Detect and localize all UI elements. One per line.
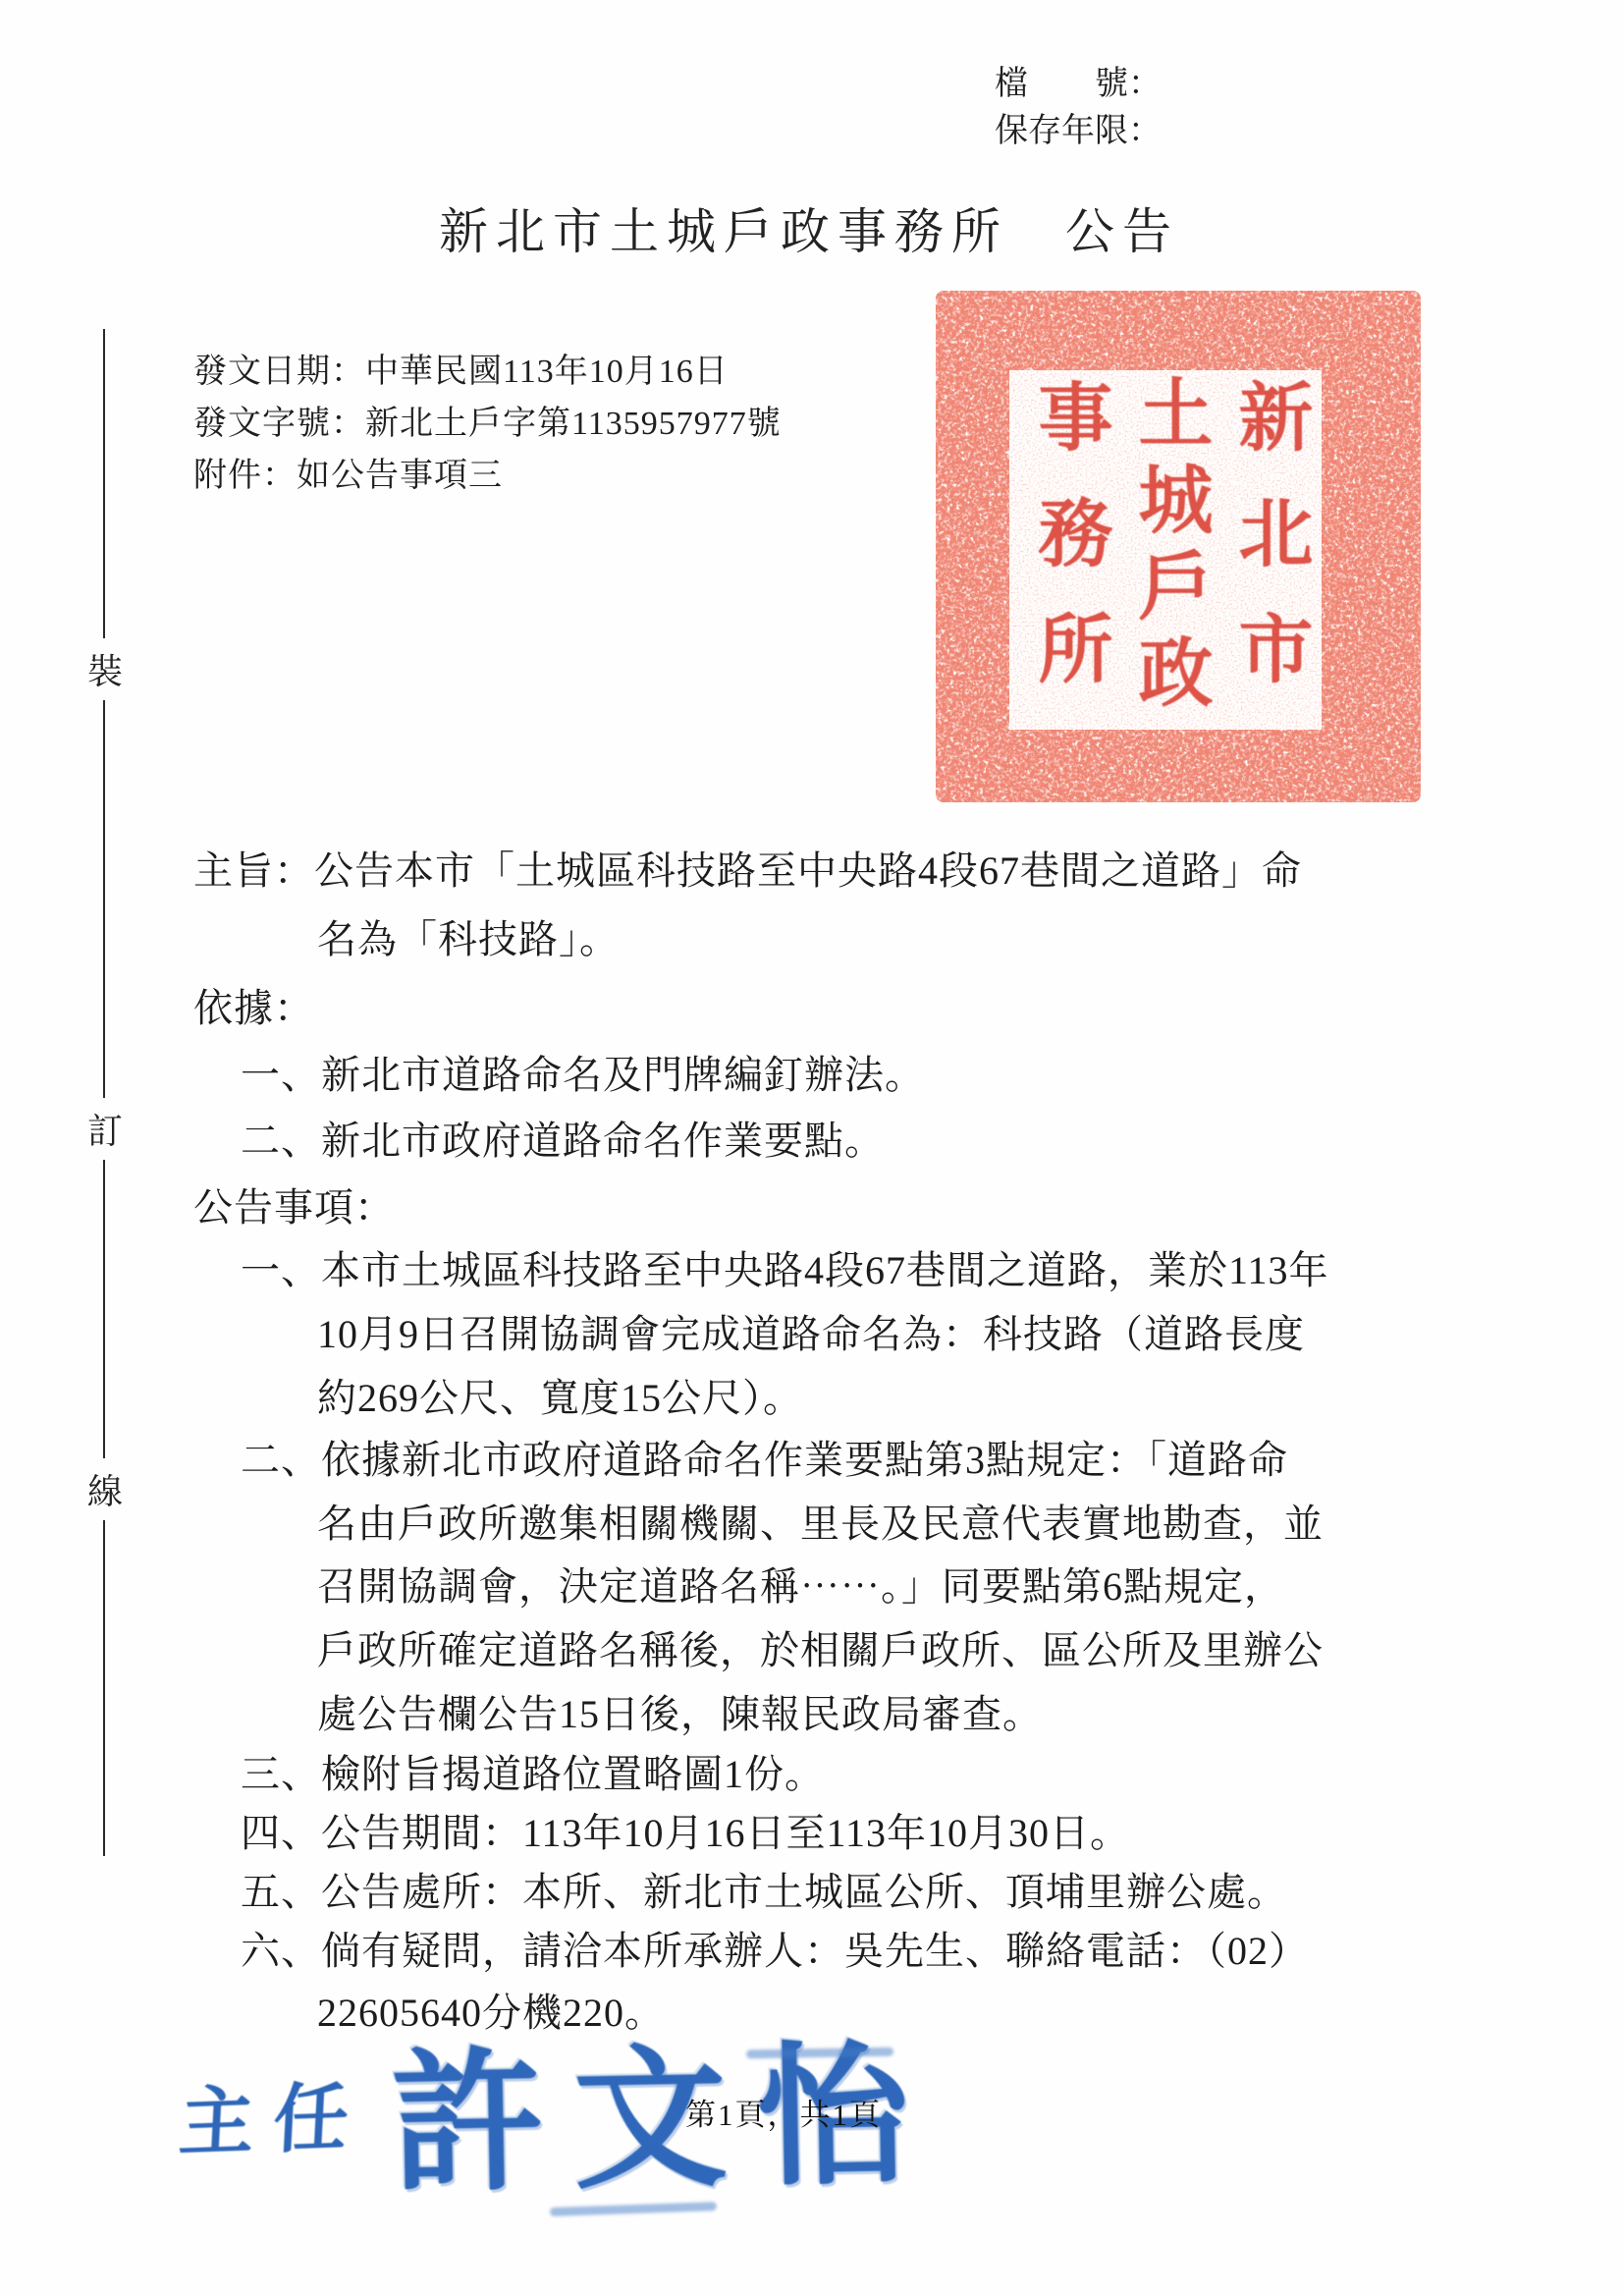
body-line: 名由戶政所邀集相關機關、里長及民意代表實地勘查，並 bbox=[317, 1493, 1324, 1549]
body-line: 一、新北市道路命名及門牌編釘辦法。 bbox=[241, 1044, 925, 1100]
seal-text-column-3: 事務所 bbox=[1015, 378, 1122, 726]
body-line: 五、公告處所：本所、新北市土城區公所、頂埔里辦公處。 bbox=[241, 1861, 1287, 1917]
body-line: 六、倘有疑問，請洽本所承辦人：吳先生、聯絡電話：（02） bbox=[241, 1920, 1309, 1976]
file-number-block: 檔 號： 保存年限： bbox=[995, 61, 1162, 155]
binding-margin-line bbox=[103, 329, 105, 1856]
signature-role-director: 主任 bbox=[177, 2057, 371, 2171]
body-line: 處公告欄公告15日後，陳報民政局審查。 bbox=[317, 1683, 1043, 1739]
body-line: 名為「科技路」。 bbox=[317, 908, 620, 964]
body-line: 依據： bbox=[193, 977, 314, 1033]
body-line: 一、本市土城區科技路至中央路4段67巷間之道路，業於113年 bbox=[241, 1239, 1329, 1295]
page-title: 新北市土城戶政事務所 公告 bbox=[439, 192, 1179, 263]
seal-text-column-1: 新北市 bbox=[1216, 378, 1323, 726]
body-line: 戶政所確定道路名稱後，於相關戶政所、區公所及里辦公 bbox=[317, 1619, 1324, 1675]
body-line: 二、依據新北市政府道路命名作業要點第3點規定：「道路命 bbox=[241, 1429, 1288, 1485]
official-red-seal: 新北市 土城戶政 事務所 bbox=[933, 288, 1424, 805]
body-line: 10月9日召開協調會完成道路命名為：科技路（道路長度 bbox=[317, 1303, 1305, 1359]
file-number-label: 檔 號： bbox=[995, 61, 1162, 108]
body-line: 三、檢附旨揭道路位置略圖1份。 bbox=[241, 1743, 825, 1799]
document-page: 檔 號： 保存年限： 新北市土城戶政事務所 公告 發文日期：中華民國113年10… bbox=[0, 0, 1623, 2296]
seal-text-column-2: 土城戶政 bbox=[1115, 374, 1222, 720]
body-line: 二、新北市政府道路命名作業要點。 bbox=[241, 1110, 885, 1166]
body-line: 約269公尺、寬度15公尺）。 bbox=[317, 1367, 803, 1423]
body-line: 四、公告期間：113年10月16日至113年10月30日。 bbox=[241, 1802, 1130, 1858]
binding-mark-xian: 線 bbox=[84, 1458, 126, 1520]
issue-date: 發文日期：中華民國113年10月16日 bbox=[193, 346, 782, 398]
body-line: 公告事項： bbox=[193, 1176, 395, 1232]
body-line: 召開協調會，決定道路名稱⋯⋯。」同要點第6點規定， bbox=[317, 1556, 1284, 1612]
doc-number: 發文字號：新北土戶字第1135957977號 bbox=[193, 398, 782, 450]
binding-mark-ding: 訂 bbox=[84, 1098, 126, 1160]
attachment: 附件：如公告事項三 bbox=[193, 450, 782, 502]
retention-label: 保存年限： bbox=[995, 108, 1162, 155]
meta-block: 發文日期：中華民國113年10月16日 發文字號：新北土戶字第113595797… bbox=[193, 346, 782, 502]
binding-mark-zhuang: 裝 bbox=[84, 638, 126, 700]
page-number: 第1頁，共1頁 bbox=[685, 2090, 882, 2134]
body-line: 主旨：公告本市「土城區科技路至中央路4段67巷間之道路」命 bbox=[193, 840, 1302, 896]
